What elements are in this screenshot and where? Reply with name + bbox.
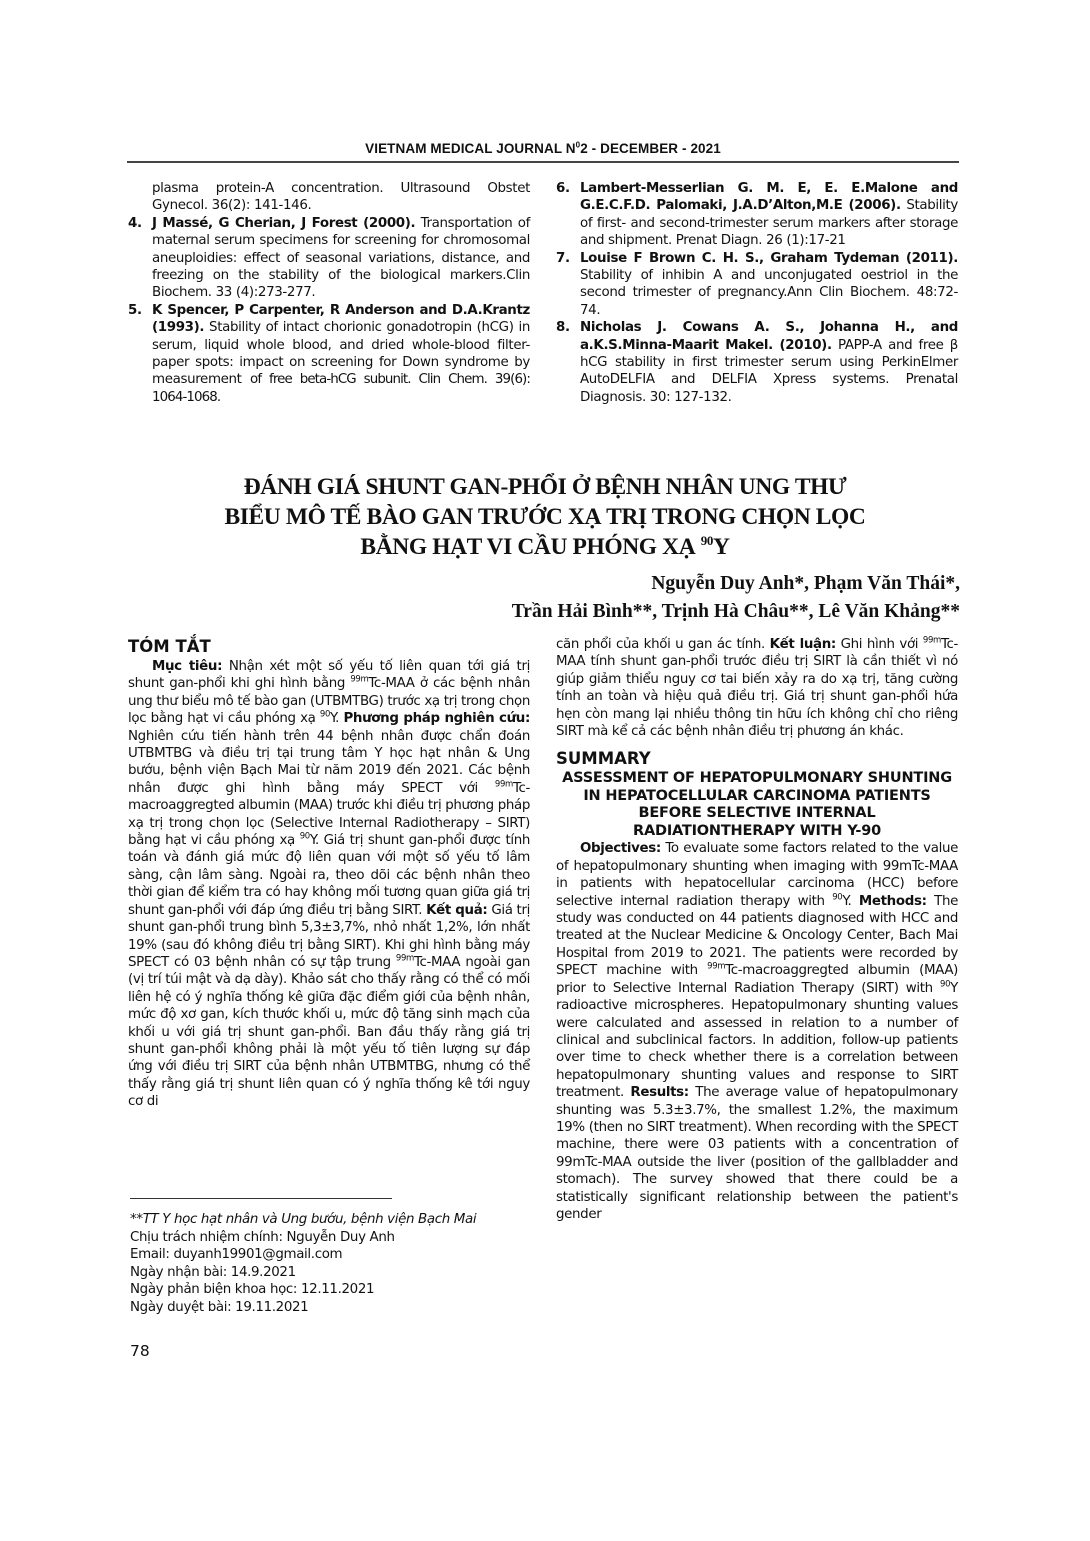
reference-number: 4. [128, 215, 152, 302]
title-line: BIỂU MÔ TẾ BÀO GAN TRƯỚC XẠ TRỊ TRONG CH… [160, 502, 930, 532]
journal-issue: 2 - DECEMBER - 2021 [580, 141, 721, 156]
methods-label: Methods: [859, 894, 927, 909]
reference-authors: J Massé, G Cherian, J Forest (2000). [152, 216, 415, 231]
abstract-vi-continuation: căn phổi của khối u gan ác tính. Kết luậ… [556, 636, 958, 740]
abstract-text: căn phổi của khối u gan ác tính. [556, 637, 770, 652]
authors-line: Nguyễn Duy Anh*, Phạm Văn Thái*, [512, 570, 960, 598]
author-list: Nguyễn Duy Anh*, Phạm Văn Thái*, Trần Hả… [512, 570, 960, 626]
objectives-label: Objectives: [580, 841, 661, 856]
section-heading-summary: SUMMARY [556, 748, 958, 770]
abstract-text: Tc-MAA tính shunt gan-phổi trước điều tr… [556, 637, 958, 739]
title-text: Y [713, 534, 730, 560]
isotope-sup: 90 [940, 979, 950, 989]
page-number: 78 [130, 1342, 150, 1360]
abstract-vi-body: Mục tiêu: Nhận xét một số yếu tố liên qu… [128, 658, 530, 1111]
isotope-sup: 90 [300, 832, 310, 842]
isotope-sup: 99m [396, 953, 414, 963]
accepted-date: Ngày duyệt bài: 19.11.2021 [130, 1299, 532, 1317]
title-text: BẰNG HẠT VI CẦU PHÓNG XẠ [360, 534, 700, 560]
abstract-text: Y. [842, 894, 859, 909]
footnote-rule [130, 1198, 392, 1199]
abstract-right-column: căn phổi của khối u gan ác tính. Kết luậ… [556, 636, 958, 1223]
objective-label: Mục tiêu: [152, 659, 222, 674]
reviewed-date: Ngày phản biện khoa học: 12.11.2021 [130, 1281, 532, 1299]
reference-number: 5. [128, 302, 152, 406]
reference-number: 6. [556, 180, 580, 250]
article-title: ĐÁNH GIÁ SHUNT GAN-PHỔI Ở BỆNH NHÂN UNG … [160, 472, 930, 562]
results-label: Results: [630, 1085, 688, 1100]
header-rule [127, 161, 959, 163]
reference-item: 4. J Massé, G Cherian, J Forest (2000). … [128, 215, 530, 302]
references-left-column: plasma protein-A concentration. Ultrasou… [128, 180, 530, 406]
abstract-text: Tc-MAA ngoài gan (vị trí túi mật và dạ d… [128, 955, 530, 1109]
title-sup: 90 [701, 533, 713, 548]
isotope-sup: 99m [495, 779, 513, 789]
section-heading-tom-tat: TÓM TẮT [128, 636, 530, 658]
title-line: BẰNG HẠT VI CẦU PHÓNG XẠ 90Y [160, 532, 930, 562]
footnotes: **TT Y học hạt nhân và Ung bướu, bệnh vi… [130, 1211, 532, 1317]
journal-header: VIETNAM MEDICAL JOURNAL N02 - DECEMBER -… [127, 141, 959, 156]
conclusion-label: Kết luận: [770, 637, 836, 652]
references-right-column: 6. Lambert-Messerlian G. M. E, E. E.Malo… [556, 180, 958, 406]
reference-number: 8. [556, 319, 580, 406]
reference-item: 8. Nicholas J. Cowans A. S., Johanna H.,… [556, 319, 958, 406]
isotope-sup: 99m [350, 675, 368, 685]
email-note: Email: duyanh19901@gmail.com [130, 1246, 532, 1264]
authors-line: Trần Hải Bình**, Trịnh Hà Châu**, Lê Văn… [512, 598, 960, 626]
reference-item: 5. K Spencer, P Carpenter, R Anderson an… [128, 302, 530, 406]
journal-name: VIETNAM MEDICAL JOURNAL N [365, 141, 576, 156]
affiliation-note: **TT Y học hạt nhân và Ung bướu, bệnh vi… [130, 1211, 532, 1229]
abstract-text: Y. [330, 711, 343, 726]
reference-authors: Louise F Brown C. H. S., Graham Tydeman … [580, 251, 958, 266]
isotope-sup: 90 [320, 710, 330, 720]
methods-label: Phương pháp nghiên cứu: [343, 711, 530, 726]
abstract-text: Y radioactive microspheres. Hepatopulmon… [556, 981, 958, 1100]
title-line: ĐÁNH GIÁ SHUNT GAN-PHỔI Ở BỆNH NHÂN UNG … [160, 472, 930, 502]
isotope-sup: 90 [832, 892, 842, 902]
isotope-sup: 99m [923, 636, 941, 646]
abstract-text: Ghi hình với [836, 637, 923, 652]
abstract-text: The average value of hepatopulmonary shu… [556, 1085, 958, 1222]
abstract-en-body: Objectives: To evaluate some factors rel… [556, 840, 958, 1223]
reference-text: Stability of inhibin A and unconjugated … [580, 268, 958, 318]
reference-3-continuation: plasma protein-A concentration. Ultrasou… [128, 180, 530, 215]
results-label: Kết quả: [426, 903, 487, 918]
english-title: ASSESSMENT OF HEPATOPULMONARY SHUNTING I… [556, 770, 958, 840]
reference-number: 7. [556, 250, 580, 320]
reference-item: 6. Lambert-Messerlian G. M. E, E. E.Malo… [556, 180, 958, 250]
abstract-text: Nghiên cứu tiến hành trên 44 bệnh nhân đ… [128, 729, 530, 796]
corresponding-author: Chịu trách nhiệm chính: Nguyễn Duy Anh [130, 1229, 532, 1247]
reference-item: 7. Louise F Brown C. H. S., Graham Tydem… [556, 250, 958, 320]
abstract-vi: TÓM TẮT Mục tiêu: Nhận xét một số yếu tố… [128, 636, 530, 1111]
received-date: Ngày nhận bài: 14.9.2021 [130, 1264, 532, 1282]
isotope-sup: 99m [707, 962, 725, 972]
